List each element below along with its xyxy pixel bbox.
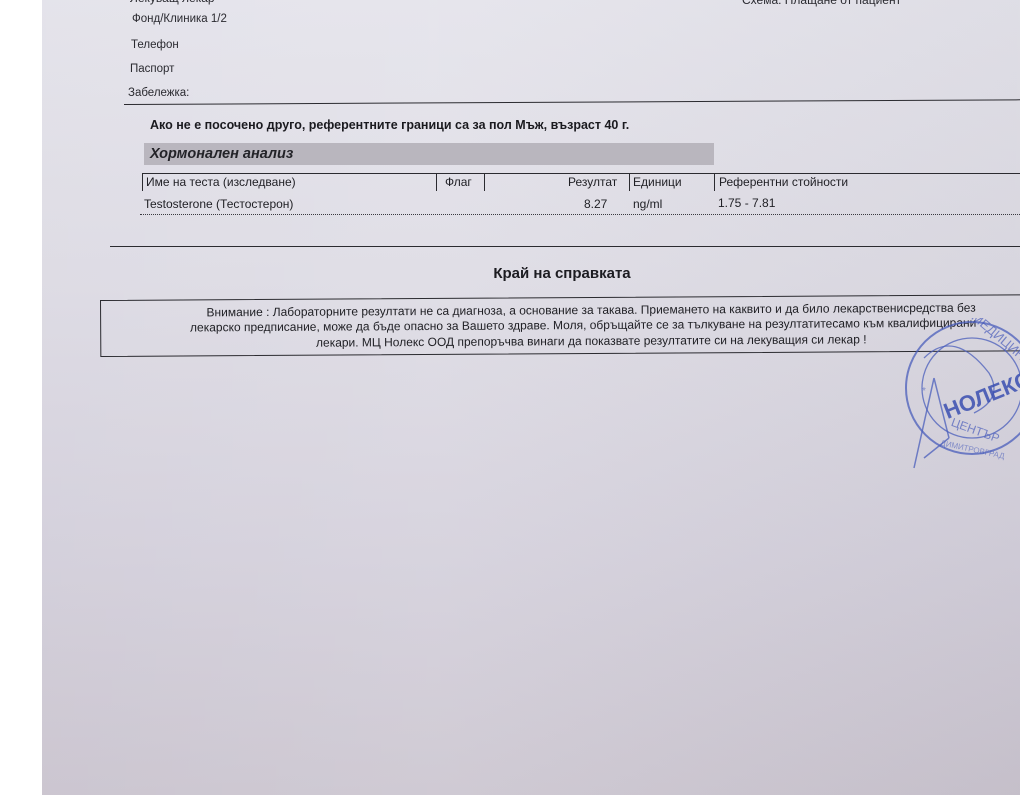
test-reference: 1.75 - 7.81 [718,196,775,210]
col-divider [484,174,485,191]
test-units: ng/ml [633,197,662,211]
meta-fund-clinic: Фонд/Клиника 1/2 [132,13,227,25]
reference-note: Ако не е посочено друго, референтните гр… [150,118,629,132]
col-flag-header: Флаг [445,175,472,189]
end-of-report-title: Край на справката [42,265,1020,282]
warning-box: Внимание : Лабораторните резултати не са… [100,294,1020,357]
results-table-header: Име на теста (изследване) Флаг Резултат … [142,173,1020,191]
header-partial-right: Схема: Плащане от пациент [742,0,901,7]
meta-phone: Телефон [131,39,179,51]
test-name: Testosterone (Тестостерон) [144,197,293,211]
col-divider [714,174,715,191]
col-name-header: Име на теста (изследване) [146,175,296,189]
col-result-header: Резултат [568,175,617,189]
row-dotted-divider [140,214,1020,215]
header-divider [124,99,1020,105]
col-units-header: Единици [633,175,682,189]
clinic-stamp-icon: НОЛЕКС МЕДИЦИНСКИ ЦЕНТЪР ДИМИТРОВГРАД * … [894,318,1020,478]
section-end-divider [110,246,1020,247]
meta-passport: Паспорт [130,63,174,75]
col-divider [436,174,437,191]
meta-note: Забележка: [128,87,189,99]
document-page: Лекуващ лекар Схема: Плащане от пациент … [42,0,1020,795]
col-reference-header: Референтни стойности [719,175,848,189]
section-title: Хормонален анализ [150,146,293,162]
svg-text:*: * [922,386,926,397]
stamp-center-text: НОЛЕКС [940,366,1020,424]
header-partial-left: Лекуващ лекар [130,0,215,5]
test-result: 8.27 [584,197,607,211]
col-divider [629,174,630,191]
